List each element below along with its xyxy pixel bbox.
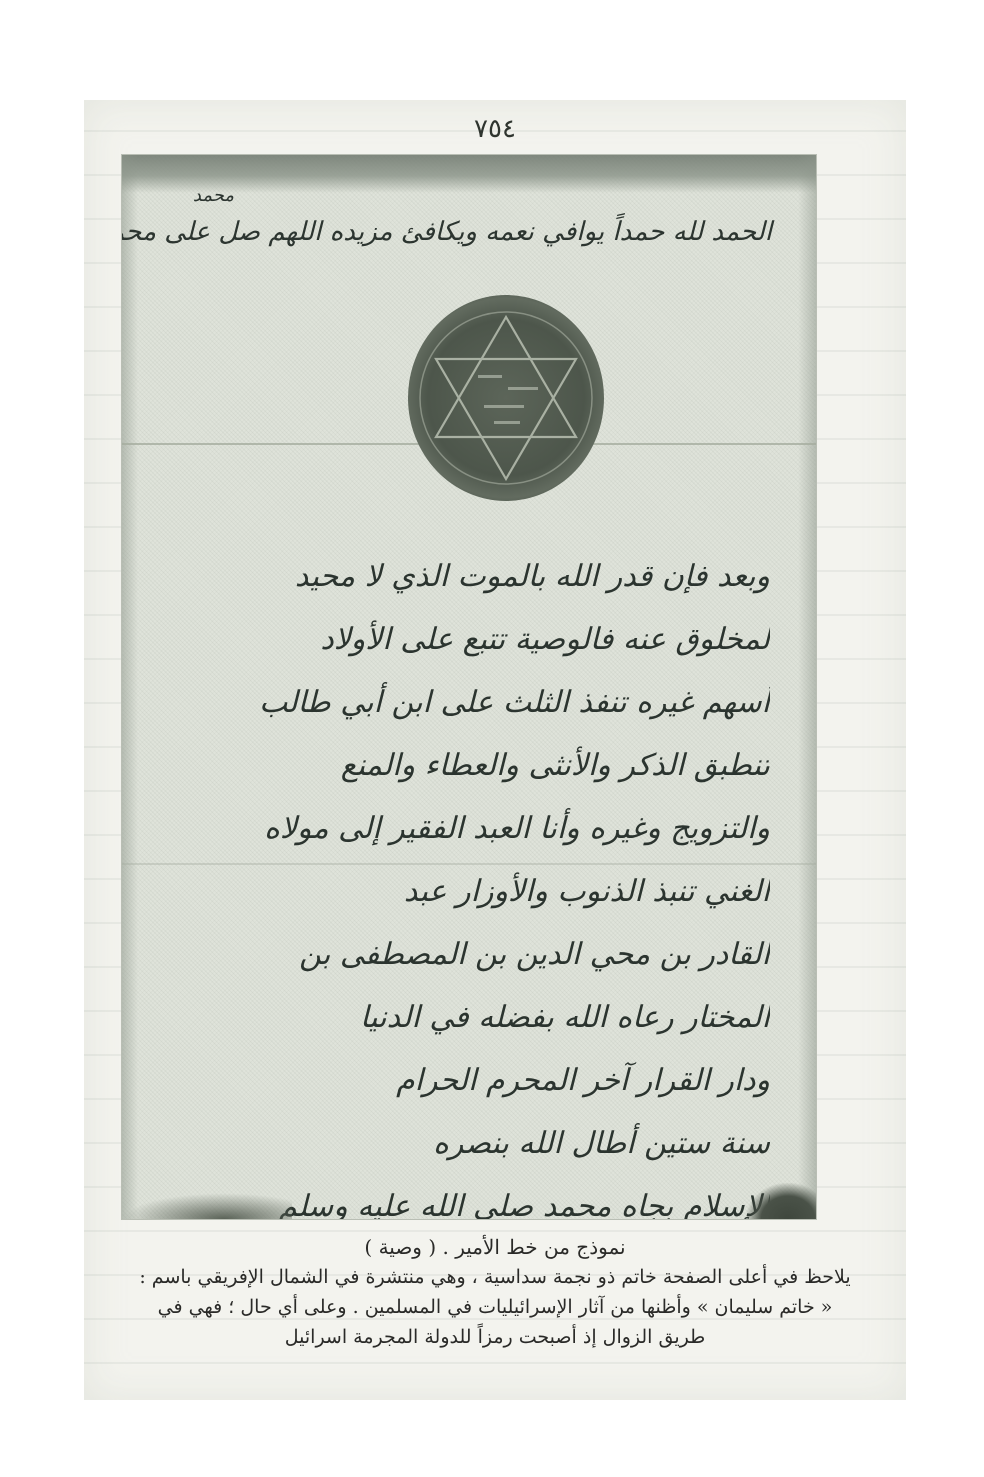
marginal-note: محمد <box>193 185 234 206</box>
manuscript-header-line: الحمد لله حمداً يوافي نعمه ويكافئ مزيده … <box>122 217 772 247</box>
star-of-seal-icon <box>408 295 604 501</box>
figure-caption: نموذج من خط الأمير . ( وصية ) يلاحظ في أ… <box>114 1232 876 1352</box>
manuscript-line: الغني تنبذ الذنوب والأوزار عبد <box>170 860 770 923</box>
manuscript-line: لمخلوق عنه فالوصية تتبع على الأولاد <box>170 608 770 671</box>
book-page: ٧٥٤ محمد الحمد لله حمداً يوافي نعمه ويكا… <box>84 100 906 1400</box>
manuscript-body: وبعد فإن قدر الله بالموت الذي لا محيد لم… <box>170 545 770 1219</box>
caption-line: طريق الزوال إذ أصبحت رمزاً للدولة المجرم… <box>114 1322 876 1352</box>
right-edge-shadow <box>798 155 816 1219</box>
manuscript-line: تنطبق الذكر والأنثى والعطاء والمنع <box>170 734 770 797</box>
page-number: ٧٥٤ <box>84 114 906 144</box>
manuscript-line: سنة ستين أطال الله بنصره <box>170 1112 770 1175</box>
manuscript-photo: محمد الحمد لله حمداً يوافي نعمه ويكافئ م… <box>122 155 816 1219</box>
manuscript-line: وبعد فإن قدر الله بالموت الذي لا محيد <box>170 545 770 608</box>
caption-title: نموذج من خط الأمير . ( وصية ) <box>114 1232 876 1262</box>
damage-stain <box>122 1193 292 1219</box>
hexagram-seal <box>408 295 604 501</box>
manuscript-line: القادر بن محي الدين بن المصطفى بن <box>170 923 770 986</box>
caption-line: « خاتم سليمان » وأظنها من آثار الإسرائيل… <box>114 1292 876 1322</box>
manuscript-line: أسهم غيره تنفذ الثلث على ابن أبي طالب <box>170 671 770 734</box>
damage-stain <box>746 1183 816 1219</box>
manuscript-line: والتزويج وغيره وأنا العبد الفقير إلى مول… <box>170 797 770 860</box>
caption-line: يلاحظ في أعلى الصفحة خاتم ذو نجمة سداسية… <box>114 1262 876 1292</box>
manuscript-line: المختار رعاه الله بفضله في الدنيا <box>170 986 770 1049</box>
left-edge-shadow <box>122 155 138 1219</box>
manuscript-line: ودار القرار آخر المحرم الحرام <box>170 1049 770 1112</box>
